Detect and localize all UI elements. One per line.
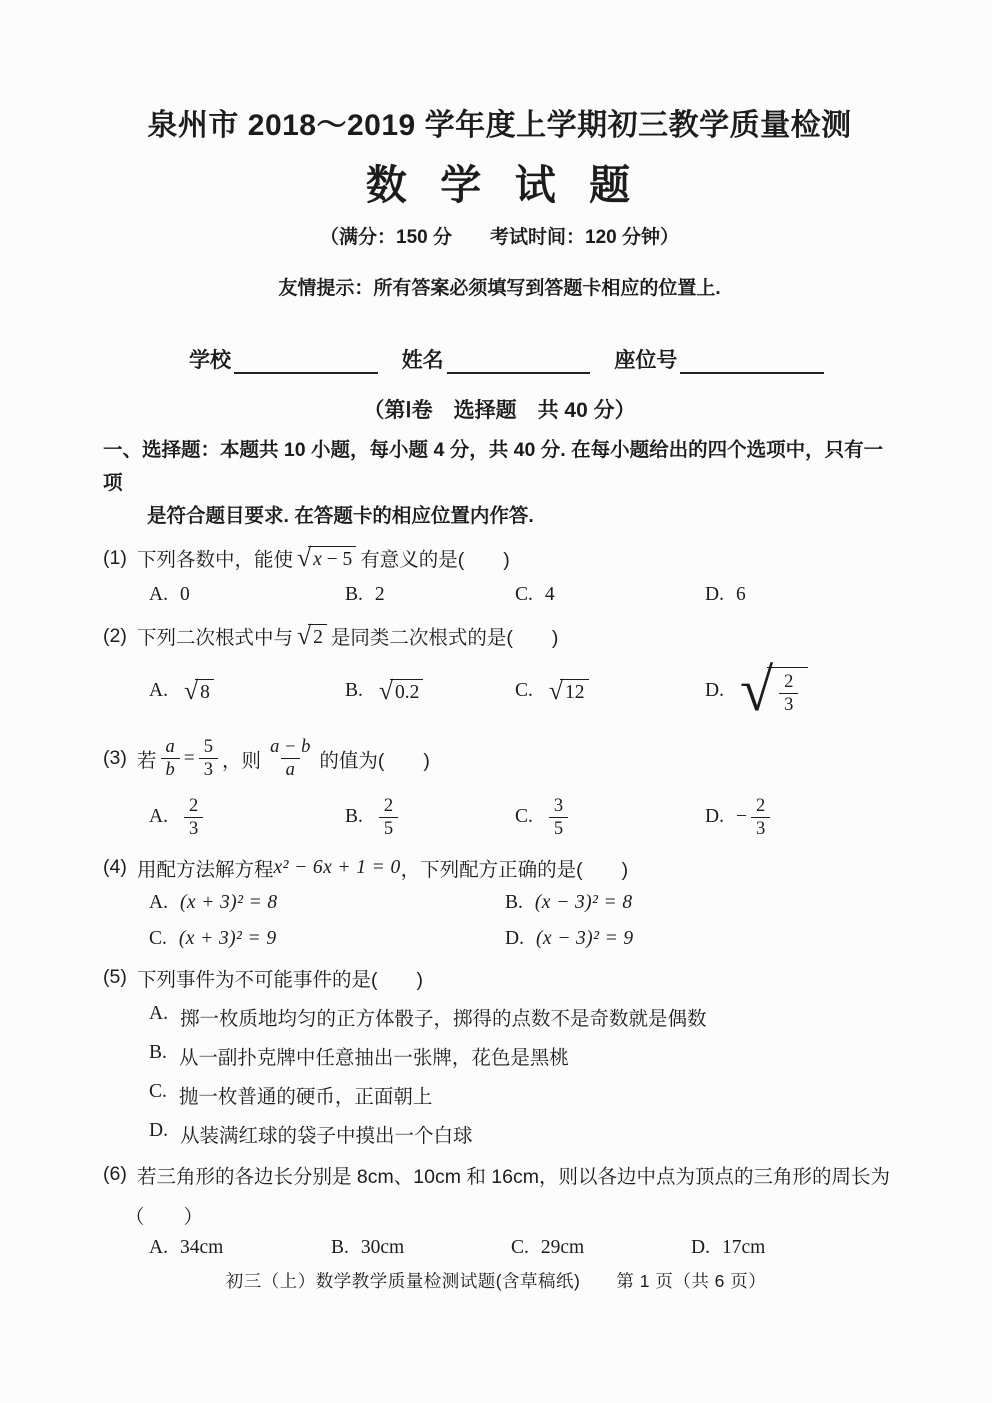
option-label: A. [149,680,168,702]
numerator: 2 [184,795,203,817]
option-text: 抛一枚普通的硬币，正面朝上 [179,1081,433,1109]
question-5-stem: (5) 下列事件为不可能事件的是( ) [103,964,896,992]
numerator: 3 [549,795,568,817]
fraction: 23 [184,795,203,840]
question-2-option-c: C. √12 [515,679,705,704]
denominator: 3 [751,817,770,840]
question-6-number: (6) [103,1163,137,1186]
option-label: B. [345,806,363,828]
option-label: C. [149,1081,167,1109]
question-1-options: A.0 B.2 C.4 D.6 [103,584,896,606]
question-6-options: A.34cm B.30cm C.29cm D.17cm [103,1237,896,1259]
option-label: A. [149,806,168,828]
question-2-option-d: D. √ 23 [705,667,896,716]
question-3-number: (3) [103,747,137,770]
option-label: B. [345,584,363,606]
option-label: A. [149,1003,168,1031]
option-value: 30cm [361,1237,404,1259]
option-text: 从装满红球的袋子中摸出一个白球 [180,1120,473,1148]
question-6-option-d: D.17cm [691,1237,896,1259]
option-label: C. [149,928,167,950]
question-3-text-mid: ，则 [222,745,261,773]
question-5-option-b: B.从一副扑克牌中任意抽出一张牌，花色是黑桃 [103,1042,896,1070]
numerator: 2 [379,795,398,817]
question-2-text-post: 是同类二次根式的是( ) [331,622,559,650]
question-4-option-d: D.(x − 3)² = 9 [505,928,896,950]
question-5-option-c: C.抛一枚普通的硬币，正面朝上 [103,1081,896,1109]
option-text: 从一副扑克牌中任意抽出一张牌，花色是黑桃 [179,1042,569,1070]
fraction-a-b: ab [161,736,180,781]
radicand-variable: x [313,549,322,570]
option-label: B. [505,892,523,914]
question-1-option-d: D.6 [705,584,896,606]
fraction: 25 [379,795,398,840]
student-info-line: 学校 姓名 座位号 [189,344,824,374]
sqrt-fraction-2-3: √ 23 [740,667,808,716]
option-label: B. [331,1237,349,1259]
sqrt-0.2: √0.2 [379,679,424,704]
sqrt-2: √ 2 [297,624,327,649]
denominator: 3 [779,693,798,716]
exam-page: 泉州市 2018～2019 学年度上学期初三教学质量检测 数 学 试 题 （满分… [0,0,992,1403]
question-5: (5) 下列事件为不可能事件的是( ) A.掷一枚质地均匀的正方体骰子，掷得的点… [103,964,896,1148]
option-equation: (x + 3)² = 9 [179,928,277,950]
denominator: 3 [184,817,203,840]
question-1-option-a: A.0 [149,584,345,606]
fraction: 23 [779,671,798,716]
question-4-text-post: ，下列配方正确的是( ) [401,854,629,882]
option-label: B. [345,680,363,702]
fraction-5-3: 53 [199,736,218,781]
option-value: 34cm [180,1237,223,1259]
option-label: D. [705,584,724,606]
question-2-options: A. √8 B. √0.2 C. √12 D. √ 23 [103,656,896,726]
radicand: 8 [195,679,214,704]
seat-blank-line [680,348,824,374]
question-6-text: 若三角形的各边长分别是 8cm、10cm 和 16cm，则以各边中点为顶点的三角… [137,1161,890,1189]
denominator: 3 [199,758,218,781]
question-2-stem: (2) 下列二次根式中与 √ 2 是同类二次根式的是( ) [103,622,896,650]
denominator: 5 [379,817,398,840]
equals-sign: = [184,748,195,770]
option-value: 6 [736,584,746,606]
option-label: C. [515,584,533,606]
option-label: D. [705,806,724,828]
question-4-stem: (4) 用配方法解方程 x² − 6x + 1 = 0 ，下列配方正确的是( ) [103,854,896,882]
option-value: 29cm [541,1237,584,1259]
option-equation: (x − 3)² = 9 [536,928,634,950]
option-equation: (x − 3)² = 8 [535,892,633,914]
question-6-option-a: A.34cm [149,1237,331,1259]
question-2-number: (2) [103,625,137,648]
question-3: (3) 若 ab = 53 ，则 a − ba 的值为( ) A. 23 B. … [103,736,896,839]
exam-notice: 友情提示：所有答案必须填写到答题卡相应的位置上. [103,273,896,300]
section1-intro: 一、选择题：本题共 10 小题，每小题 4 分，共 40 分. 在每小题给出的四… [103,434,896,532]
numerator: 5 [199,736,218,758]
option-text: 掷一枚质地均匀的正方体骰子，掷得的点数不是奇数就是偶数 [180,1003,707,1031]
question-4-text-pre: 用配方法解方程 [137,854,274,882]
intro-line1: 一、选择题：本题共 10 小题，每小题 4 分，共 40 分. 在每小题给出的四… [103,434,896,500]
denominator: a [281,758,300,781]
question-3-options: A. 23 B. 25 C. 35 D. − 23 [103,795,896,840]
numerator: a − b [265,736,315,758]
fraction: 35 [549,795,568,840]
option-label: D. [505,928,524,950]
question-1-stem: (1) 下列各数中，能使 √ x − 5 有意义的是( ) [103,544,896,572]
exam-title: 泉州市 2018～2019 学年度上学期初三教学质量检测 [103,100,896,144]
question-5-option-d: D.从装满红球的袋子中摸出一个白球 [103,1120,896,1148]
radicand-rest: − 5 [322,549,353,570]
page-content: 泉州市 2018～2019 学年度上学期初三教学质量检测 数 学 试 题 （满分… [0,0,992,1259]
question-4-options: A.(x + 3)² = 8 B.(x − 3)² = 8 C.(x + 3)²… [103,892,896,950]
question-3-stem: (3) 若 ab = 53 ，则 a − ba 的值为( ) [103,736,896,781]
sqrt-x-minus-5: √ x − 5 [297,546,356,571]
option-label: D. [149,1120,168,1148]
question-1-option-c: C.4 [515,584,705,606]
question-2-option-a: A. √8 [149,679,345,704]
name-label: 姓名 [402,344,444,374]
school-label: 学校 [189,344,231,374]
option-label: A. [149,584,168,606]
question-4: (4) 用配方法解方程 x² − 6x + 1 = 0 ，下列配方正确的是( )… [103,854,896,950]
radicand: 12 [560,679,589,704]
question-6-option-c: C.29cm [511,1237,691,1259]
question-6-stem: (6) 若三角形的各边长分别是 8cm、10cm 和 16cm，则以各边中点为顶… [103,1161,896,1189]
question-6-option-b: B.30cm [331,1237,511,1259]
question-5-text: 下列事件为不可能事件的是( ) [137,964,423,992]
numerator: 2 [751,795,770,817]
question-1-option-b: B.2 [345,584,515,606]
option-value: 2 [375,584,385,606]
seat-label: 座位号 [614,344,677,374]
question-1-number: (1) [103,547,137,570]
question-3-option-a: A. 23 [149,795,345,840]
option-label: D. [705,680,724,702]
question-4-number: (4) [103,856,137,879]
numerator: 2 [779,671,798,693]
question-3-option-b: B. 25 [345,795,515,840]
exam-subtitle: 数 学 试 题 [103,152,896,211]
option-value: 4 [545,584,555,606]
name-blank-line [447,348,591,374]
question-2-option-b: B. √0.2 [345,679,515,704]
equation: x² − 6x + 1 = 0 [274,857,401,879]
question-6: (6) 若三角形的各边长分别是 8cm、10cm 和 16cm，则以各边中点为顶… [103,1161,896,1259]
option-label: D. [691,1237,710,1259]
question-4-option-b: B.(x − 3)² = 8 [505,892,896,914]
fraction: 23 [751,795,770,840]
option-label: A. [149,892,168,914]
denominator: 5 [549,817,568,840]
option-value: 17cm [722,1237,765,1259]
option-label: B. [149,1042,167,1070]
numerator: a [161,736,180,758]
question-3-option-c: C. 35 [515,795,705,840]
option-equation: (x + 3)² = 8 [180,892,278,914]
option-label: A. [149,1237,168,1259]
radicand: 2 [308,624,327,649]
question-1: (1) 下列各数中，能使 √ x − 5 有意义的是( ) A.0 B.2 C.… [103,544,896,606]
fraction-a-minus-b-over-a: a − ba [265,736,315,781]
question-5-number: (5) [103,966,137,989]
question-6-answer-paren: （ ） [103,1201,896,1229]
option-value: 0 [180,584,190,606]
question-2-text-pre: 下列二次根式中与 [137,622,293,650]
option-label: C. [515,806,533,828]
question-1-text-post: 有意义的是( ) [360,544,510,572]
radicand: 0.2 [390,679,423,704]
page-footer: 初三（上）数学教学质量检测试题(含草稿纸) 第 1 页（共 6 页） [0,1268,992,1293]
radicand: x − 5 [308,546,356,571]
minus-sign: − [736,806,747,828]
question-2: (2) 下列二次根式中与 √ 2 是同类二次根式的是( ) A. √8 B. √… [103,622,896,726]
sqrt-12: √12 [549,679,589,704]
option-label: C. [511,1237,529,1259]
exam-meta: （满分：150 分 考试时间：120 分钟） [103,222,896,249]
intro-line2: 是符合题目要求. 在答题卡的相应位置内作答. [103,500,896,533]
denominator: b [161,758,180,781]
radicand: 23 [767,667,808,716]
option-label: C. [515,680,533,702]
sqrt-8: √8 [184,679,214,704]
question-3-text-post: 的值为( ) [319,745,430,773]
question-4-option-c: C.(x + 3)² = 9 [149,928,505,950]
question-3-option-d: D. − 23 [705,795,896,840]
question-3-text-pre: 若 [137,745,157,773]
section1-heading: （第Ⅰ卷 选择题 共 40 分） [103,394,896,424]
question-1-text-pre: 下列各数中，能使 [137,544,293,572]
school-blank-line [234,348,378,374]
question-4-option-a: A.(x + 3)² = 8 [149,892,505,914]
question-5-option-a: A.掷一枚质地均匀的正方体骰子，掷得的点数不是奇数就是偶数 [103,1003,896,1031]
